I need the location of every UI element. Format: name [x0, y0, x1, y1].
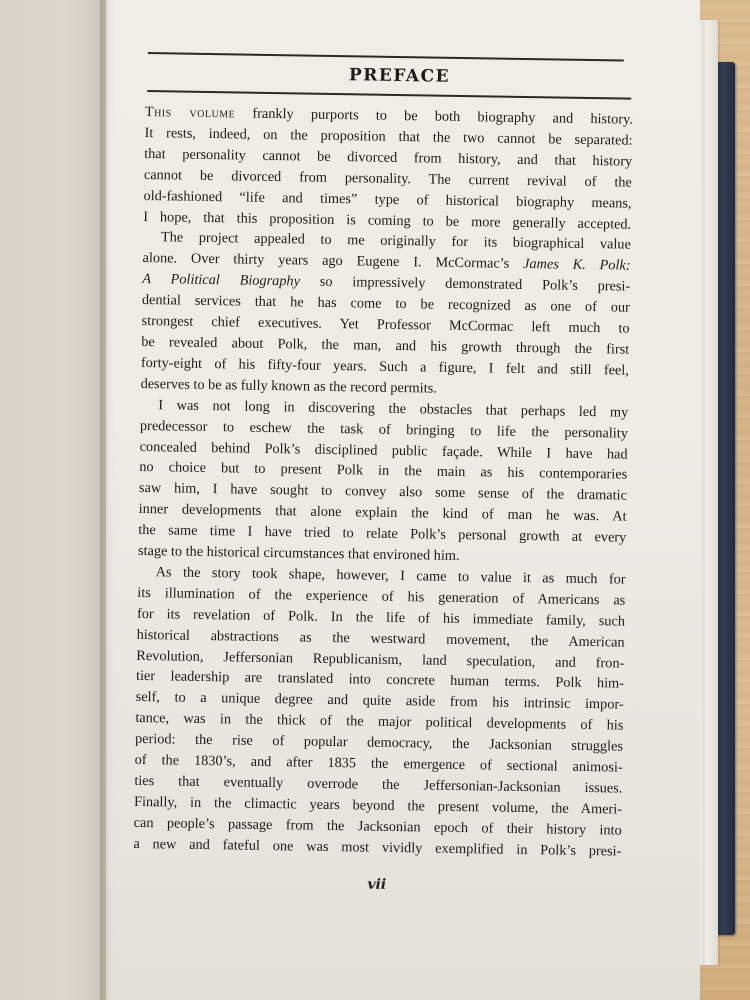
heading-bottom-rule [147, 90, 631, 100]
book-title-italic: James K. Polk: [509, 256, 631, 274]
opening-smallcaps: This volume [145, 104, 236, 121]
book-gutter-shadow [100, 0, 114, 1000]
page-content: PREFACE This volume frankly purports to … [133, 42, 654, 896]
paragraph-3: I was not long in discovering the obstac… [138, 395, 629, 570]
paragraph-2: The project appealed to me originally fo… [140, 227, 631, 402]
page-number: vii [133, 873, 621, 897]
right-book-page: PREFACE This volume frankly purports to … [106, 0, 700, 1000]
paragraph-1: This volume frankly purports to be both … [143, 102, 633, 235]
book-subtitle-italic: A Political Biography [142, 271, 300, 289]
paragraph-4: As the story took shape, however, I came… [133, 562, 626, 862]
preface-body: This volume frankly purports to be both … [133, 102, 633, 862]
page-title: PREFACE [145, 62, 653, 90]
left-blank-page [0, 0, 108, 1000]
heading-top-rule [148, 52, 624, 61]
